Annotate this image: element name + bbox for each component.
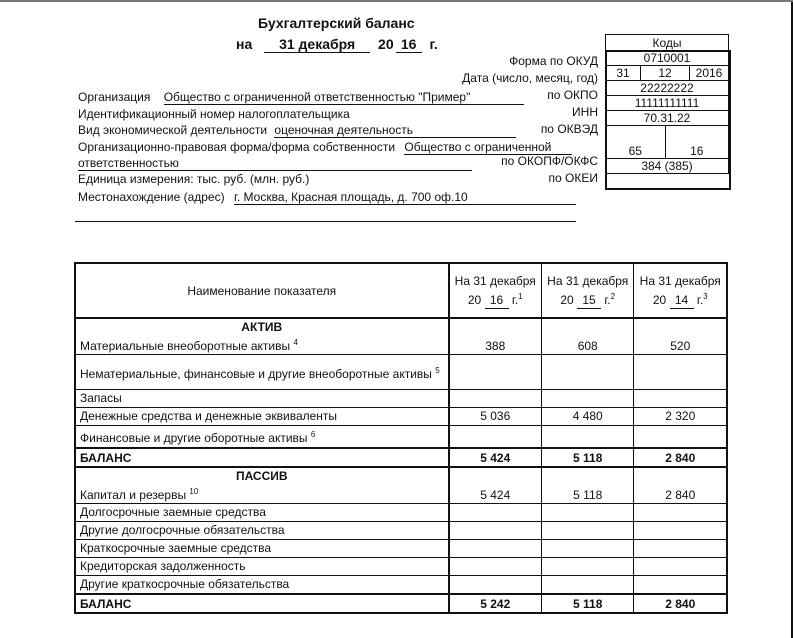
footnote: 2 <box>611 292 615 301</box>
row-label: Другие краткосрочные обязательства <box>75 576 449 595</box>
total-label: БАЛАНС <box>75 594 449 613</box>
document-title: Бухгалтерский баланс <box>258 15 415 31</box>
row-name: Финансовые и другие оборотные активы <box>80 431 308 445</box>
value-cell: 5 424 <box>449 467 542 504</box>
total-value: 5 118 <box>541 594 633 613</box>
value-cell <box>541 504 633 522</box>
value-cell: 608 <box>541 318 633 355</box>
balance-table: Наименование показателя На 31 декабря 20… <box>74 262 728 614</box>
footnote: 3 <box>703 292 707 301</box>
value-cell <box>634 522 727 540</box>
value-cell: 4 480 <box>541 408 633 426</box>
total-value: 2 840 <box>634 448 727 467</box>
value-cell <box>541 558 633 576</box>
value-cell <box>634 390 727 408</box>
row-label: Краткосрочные заемные средства <box>75 540 449 558</box>
date-label: Дата (число, месяц, год) <box>462 71 598 85</box>
legal-form-label: Организационно-правовая форма/форма собс… <box>78 140 395 154</box>
col-prefix: На 31 декабря <box>455 274 536 288</box>
section-title: АКТИВ <box>80 319 444 335</box>
col-year: 15 <box>577 292 601 309</box>
table-row: Другие долгосрочные обязательства <box>75 522 727 540</box>
value-cell <box>541 540 633 558</box>
codes-table: Коды 0710001 31 12 2016 22222222 1111111… <box>605 34 729 174</box>
value-cell <box>541 355 633 390</box>
table-row: Нематериальные, финансовые и другие внео… <box>75 355 727 390</box>
date-prefix: на <box>236 36 252 52</box>
row-label: Финансовые и другие оборотные активы 6 <box>75 426 449 449</box>
col-prefix: На 31 декабря <box>640 274 721 288</box>
value-cell <box>634 355 727 390</box>
org-row: Организация Общество с ограниченной отве… <box>78 90 524 105</box>
row-name: Капитал и резервы <box>80 488 186 502</box>
total-value: 5 242 <box>449 594 542 613</box>
okei-label: по ОКЕИ <box>549 171 598 185</box>
legal-form-value-2: ответственностью <box>78 156 472 171</box>
value-cell <box>449 504 542 522</box>
value-cell <box>634 540 727 558</box>
row-name: Другие краткосрочные обязательства <box>80 577 289 591</box>
row-name: Долгосрочные заемные средства <box>80 505 266 519</box>
footnote: 5 <box>435 366 439 375</box>
total-value: 5 118 <box>541 448 633 467</box>
okved-label: по ОКВЭД <box>541 122 598 136</box>
col-year: 14 <box>670 292 694 309</box>
value-cell <box>634 426 727 449</box>
year-prefix: 20 <box>378 36 394 52</box>
row-name: Кредиторская задолженность <box>80 559 245 573</box>
footnote: 6 <box>311 430 315 439</box>
okopf-label: по ОКОПФ/ОКФС <box>501 154 598 168</box>
value-cell: 2 840 <box>634 467 727 504</box>
date-month: 12 <box>641 66 690 81</box>
total-value: 2 840 <box>634 594 727 613</box>
report-date: на 31 декабря 2016 г. <box>236 36 438 53</box>
col-header-2014: На 31 декабря 20 14 г.3 <box>634 263 727 318</box>
okei-code: 384 (385) <box>606 159 729 174</box>
row-label: Денежные средства и денежные эквиваленты <box>75 408 449 426</box>
table-row: Денежные средства и денежные эквиваленты… <box>75 408 727 426</box>
row-label: АКТИВМатериальные внеоборотные активы 4 <box>75 318 449 355</box>
col-year-prefix: 20 <box>560 293 573 307</box>
value-cell <box>449 355 542 390</box>
org-label: Организация <box>78 90 150 104</box>
date-day: 31 <box>606 66 641 81</box>
okopf-code: 65 <box>606 126 666 159</box>
unit-label: Единица измерения: тыс. руб. (млн. руб.) <box>78 172 309 186</box>
value-cell <box>541 426 633 449</box>
table-row: Другие краткосрочные обязательства <box>75 576 727 595</box>
value-cell <box>634 504 727 522</box>
section-title: ПАССИВ <box>80 468 444 484</box>
balance-total-row: БАЛАНС5 4245 1182 840 <box>75 448 727 467</box>
okpo-code: 22222222 <box>606 81 729 96</box>
year-value: 16 <box>396 36 422 53</box>
table-row: Долгосрочные заемные средства <box>75 504 727 522</box>
org-value: Общество с ограниченной ответственностью… <box>164 90 524 105</box>
date-value: 31 декабря <box>264 36 370 53</box>
col-prefix: На 31 декабря <box>547 274 628 288</box>
table-row: Краткосрочные заемные средства <box>75 540 727 558</box>
col-header-name: Наименование показателя <box>75 263 449 318</box>
row-name: Денежные средства и денежные эквиваленты <box>80 409 337 423</box>
row-name: Запасы <box>80 391 122 405</box>
legal-form-value-1: Общество с ограниченной <box>404 140 572 155</box>
address-label: Местонахождение (адрес) <box>78 190 225 204</box>
value-cell <box>634 576 727 595</box>
okfs-code: 16 <box>665 126 729 159</box>
okpo-label: по ОКПО <box>547 88 598 102</box>
okud-code: 0710001 <box>606 51 729 66</box>
inn-code-label: ИНН <box>572 105 598 119</box>
value-cell <box>449 558 542 576</box>
codes-header: Коды <box>606 35 729 51</box>
row-label: Нематериальные, финансовые и другие внео… <box>75 355 449 390</box>
value-cell <box>541 576 633 595</box>
value-cell <box>634 558 727 576</box>
passiv-section: ПАССИВКапитал и резервы 105 4245 1182 84… <box>75 467 727 613</box>
table-row: Финансовые и другие оборотные активы 6 <box>75 426 727 449</box>
col-header-2016: На 31 декабря 20 16 г.1 <box>449 263 542 318</box>
row-name: Другие долгосрочные обязательства <box>80 523 285 537</box>
footnote: 1 <box>518 292 522 301</box>
table-row: Запасы <box>75 390 727 408</box>
total-value: 5 424 <box>449 448 542 467</box>
col-header-2015: На 31 декабря 20 15 г.2 <box>541 263 633 318</box>
legal-form-row-2: ответственностью <box>78 156 472 171</box>
value-cell <box>449 426 542 449</box>
activity-value: оценочная деятельность <box>274 123 516 138</box>
table-row: Кредиторская задолженность <box>75 558 727 576</box>
value-cell: 5 118 <box>541 467 633 504</box>
activity-label: Вид экономической деятельности <box>78 123 267 137</box>
aktiv-section: АКТИВМатериальные внеоборотные активы 43… <box>75 318 727 467</box>
balance-total-row: БАЛАНС5 2425 1182 840 <box>75 594 727 613</box>
value-cell <box>449 576 542 595</box>
row-label: Кредиторская задолженность <box>75 558 449 576</box>
col-year-prefix: 20 <box>468 293 481 307</box>
okud-label: Форма по ОКУД <box>509 54 598 68</box>
row-label: ПАССИВКапитал и резервы 10 <box>75 467 449 504</box>
footnote: 10 <box>189 487 198 496</box>
value-cell: 5 036 <box>449 408 542 426</box>
okved-code: 70.31.22 <box>606 111 729 126</box>
value-cell <box>449 522 542 540</box>
value-cell: 388 <box>449 318 542 355</box>
window-top-border <box>0 0 793 2</box>
row-label: Другие долгосрочные обязательства <box>75 522 449 540</box>
value-cell <box>541 390 633 408</box>
value-cell: 520 <box>634 318 727 355</box>
total-label: БАЛАНС <box>75 448 449 467</box>
row-label: Долгосрочные заемные средства <box>75 504 449 522</box>
value-cell <box>541 522 633 540</box>
inn-label: Идентификационный номер налогоплательщик… <box>78 107 350 121</box>
col-year: 16 <box>485 292 509 309</box>
legal-form-row: Организационно-правовая форма/форма собс… <box>78 140 572 155</box>
row-name: Материальные внеоборотные активы <box>80 339 290 353</box>
row-name: Краткосрочные заемные средства <box>80 541 271 555</box>
address-value: г. Москва, Красная площадь, д. 700 оф.10 <box>234 190 576 205</box>
value-cell: 2 320 <box>634 408 727 426</box>
footnote: 4 <box>293 338 297 347</box>
table-row: ПАССИВКапитал и резервы 105 4245 1182 84… <box>75 467 727 504</box>
date-year: 2016 <box>690 66 729 81</box>
value-cell <box>449 390 542 408</box>
address-row: Местонахождение (адрес) г. Москва, Красн… <box>78 190 576 205</box>
year-unit: г. <box>430 36 438 52</box>
table-row: АКТИВМатериальные внеоборотные активы 43… <box>75 318 727 355</box>
row-label: Запасы <box>75 390 449 408</box>
inn-code: 11111111111 <box>606 96 729 111</box>
value-cell <box>449 540 542 558</box>
activity-row: Вид экономической деятельности оценочная… <box>78 123 516 138</box>
row-name: Нематериальные, финансовые и другие внео… <box>80 367 432 381</box>
address-line-2 <box>75 221 576 222</box>
col-year-prefix: 20 <box>653 293 666 307</box>
